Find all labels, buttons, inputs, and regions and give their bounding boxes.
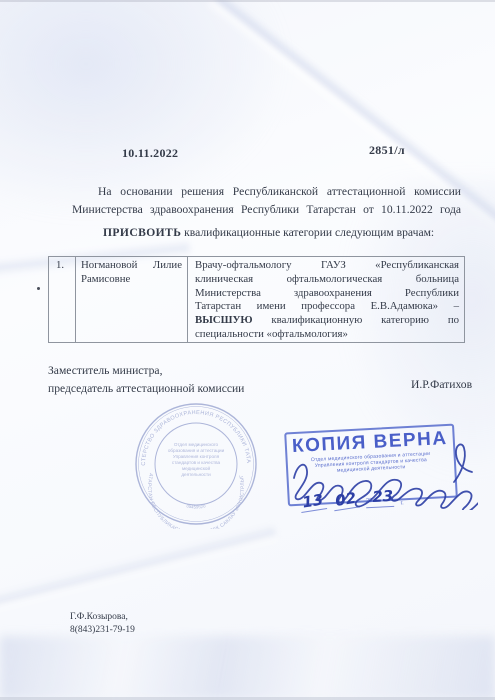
copy-verna-stamp: КОПИЯ ВЕРНА Отдел медицинского образован… <box>284 424 458 507</box>
assignment-line-1: Врачу-офтальмологу ГАУЗ «Республиканская <box>195 259 459 273</box>
document-page: 10.11.2022 2851/л На основании решения Р… <box>0 0 495 700</box>
paper-crease <box>0 524 278 614</box>
signatory-title-line-1: Заместитель министра, <box>48 362 244 380</box>
document-date: 10.11.2022 <box>122 146 178 161</box>
printed-year-suffix: г. <box>400 500 403 506</box>
round-official-stamp: МИНИСТЕРСТВО ЗДРАВООХРАНЕНИЯ РЕСПУБЛИКИ … <box>131 399 261 529</box>
assignment-line-3: Министерства здравоохранения Республики <box>195 287 459 301</box>
intro-line-2: Министерства здравоохранения Республики … <box>72 201 461 219</box>
contact-name: Г.Ф.Козырова, <box>70 611 135 624</box>
handwritten-month: 02 <box>331 488 360 511</box>
table-cell-name: Ногмановой Лилие Рамисовне <box>76 259 187 287</box>
year-field: 2023 <box>365 487 394 508</box>
doctor-name-line-1: Ногмановой Лилие <box>81 259 182 273</box>
copy-stamp-date-row: 13 02 2023 г. <box>299 486 404 511</box>
doctors-table: 1. Ногмановой Лилие Рамисовне Врачу-офта… <box>48 256 465 343</box>
signatory-title: Заместитель министра, председатель аттес… <box>48 362 244 398</box>
assignment-line-4: Татарстан имени профессора Е.В.Адамюка» … <box>195 300 459 314</box>
svg-text:05459520: 05459520 <box>186 503 206 509</box>
round-stamp-center-line-1: Отдел медицинского <box>174 442 219 447</box>
scan-edge-top <box>0 0 495 2</box>
round-stamp-serial: 05459520 <box>186 503 206 509</box>
intro-line-1: На основании решения Республиканской атт… <box>72 183 461 201</box>
intro-paragraph: На основании решения Республиканской атт… <box>72 183 461 219</box>
signatory-title-line-2: председатель аттестационной комиссии <box>48 380 244 398</box>
round-stamp-center-line-2: образования и аттестации <box>168 448 225 453</box>
contact-phone: 8(843)231-79-19 <box>70 624 135 637</box>
directive-text: квалификационные категории следующим вра… <box>184 226 434 239</box>
paper-crease <box>0 636 495 700</box>
handwritten-year: 23 <box>372 487 394 506</box>
assignment-line-6: специальности «офтальмология» <box>195 328 459 342</box>
table-cell-number: 1. <box>49 259 75 273</box>
doctor-name-line-2: Рамисовне <box>81 273 182 287</box>
assignment-line-5-text: квалификационную категорию по <box>271 314 459 326</box>
round-stamp-center-line-4: стандартов и качества <box>172 460 221 465</box>
assignment-line-2: клиническая офтальмологическая больница <box>195 273 459 287</box>
handwritten-day: 13 <box>299 490 328 513</box>
signatory-name: И.Р.Фатихов <box>411 378 472 391</box>
directive-line: ПРИСВОИТЬ квалификационные категории сле… <box>103 226 434 239</box>
directive-keyword: ПРИСВОИТЬ <box>103 226 181 239</box>
round-stamp-center-line-5: медицинской <box>182 465 211 471</box>
ink-speck <box>37 287 40 290</box>
round-stamp-center-line-3: Управления контроля <box>173 454 220 459</box>
category-keyword: ВЫСШУЮ <box>195 314 253 326</box>
footer-contact: Г.Ф.Козырова, 8(843)231-79-19 <box>70 611 135 637</box>
table-cell-assignment: Врачу-офтальмологу ГАУЗ «Республиканская… <box>188 259 466 342</box>
assignment-line-5: ВЫСШУЮ квалификационную категорию по <box>195 314 459 328</box>
round-stamp-center-line-6: деятельности <box>181 472 211 477</box>
document-number: 2851/л <box>369 143 405 158</box>
